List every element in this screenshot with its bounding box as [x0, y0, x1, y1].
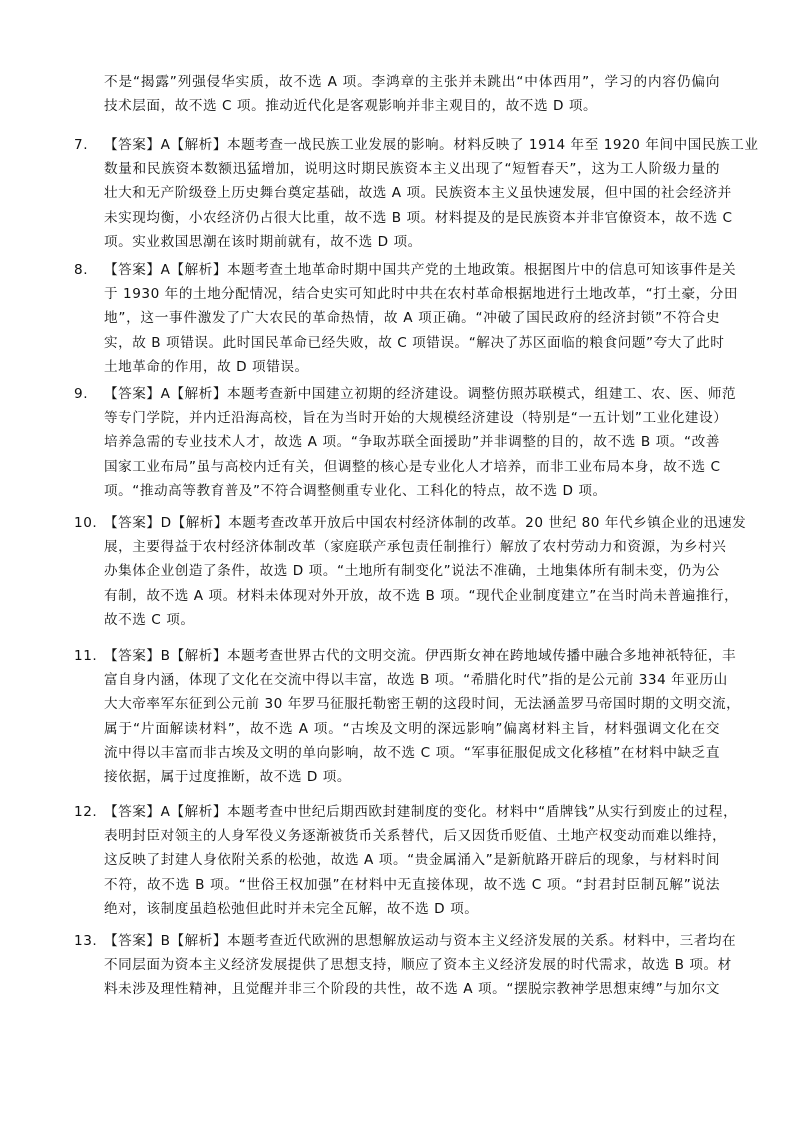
text-line: 不符，故不选 B 项。“世俗王权加强”在材料中无直接体现，故不选 C 项。“封君… — [104, 873, 720, 897]
text-line: 表明封臣对领主的人身军役义务逐渐被货币关系替代，后又因货币贬值、土地产权变动而难… — [104, 824, 720, 848]
text-line: 数量和民族资本数额迅猛增加，说明这时期民族资本主义出现了“短暂春天”，这为工人阶… — [104, 157, 720, 181]
intro-paragraph: 不是“揭露”列强侵华实质，故不选 A 项。李鸿章的主张并未跳出“中体西用”，学习… — [104, 70, 720, 118]
text-line: 土地革命的作用，故 D 项错误。 — [104, 355, 720, 379]
text-line: 绝对，该制度虽趋松弛但此时并未完全瓦解，故不选 D 项。 — [104, 897, 720, 921]
text-line: 【答案】A【解析】本题考查中世纪后期西欧封建制度的变化。材料中“盾牌钱”从实行到… — [104, 800, 720, 824]
text-line: 【答案】D【解析】本题考查改革开放后中国农村经济体制的改革。20 世纪 80 年… — [104, 511, 720, 535]
text-line: 于 1930 年的土地分配情况，结合史实可知此时中共在农村革命根据地进行土地改革… — [104, 282, 720, 306]
text-line: 实，故 B 项错误。此时国民革命已经失败，故 C 项错误。“解决了苏区面临的粮食… — [104, 331, 720, 355]
text-line: 项。实业救国思潮在该时期前就有，故不选 D 项。 — [104, 230, 720, 254]
text-line: 办集体企业创造了条件，故选 D 项。“土地所有制变化”说法不准确，土地集体所有制… — [104, 559, 720, 583]
text-line: 富自身内涵，体现了文化在交流中得以丰富，故选 B 项。“希腊化时代”指的是公元前… — [104, 668, 720, 692]
text-line: 流中得以丰富而非古埃及文明的单向影响，故不选 C 项。“军事征服促成文化移植”在… — [104, 741, 720, 765]
answer-item-12: 12. 【答案】A【解析】本题考查中世纪后期西欧封建制度的变化。材料中“盾牌钱”… — [104, 800, 720, 921]
text-line: 壮大和无产阶级登上历史舞台奠定基础，故选 A 项。民族资本主义虽快速发展，但中国… — [104, 181, 720, 205]
text-line: 技术层面，故不选 C 项。推动近代化是客观影响并非主观目的，故不选 D 项。 — [104, 94, 720, 118]
text-line: 【答案】A【解析】本题考查一战民族工业发展的影响。材料反映了 1914 年至 1… — [104, 133, 720, 157]
text-line: 【答案】A【解析】本题考查土地革命时期中国共产党的土地政策。根据图片中的信息可知… — [104, 258, 720, 282]
item-number: 10. — [74, 511, 97, 535]
answer-item-10: 10. 【答案】D【解析】本题考查改革开放后中国农村经济体制的改革。20 世纪 … — [104, 511, 720, 632]
text-line: 国家工业布局”虽与高校内迁有关，但调整的核心是专业化人才培养，而非工业布局本身，… — [104, 455, 720, 479]
text-line: 这反映了封建人身依附关系的松弛，故选 A 项。“贵金属涌入”是新航路开辟后的现象… — [104, 848, 720, 872]
text-line: 未实现均衡，小农经济仍占很大比重，故不选 B 项。材料提及的是民族资本并非官僚资… — [104, 206, 720, 230]
text-line: 【答案】B【解析】本题考查近代欧洲的思想解放运动与资本主义经济发展的关系。材料中… — [104, 929, 720, 953]
answer-item-11: 11. 【答案】B【解析】本题考查世界古代的文明交流。伊西斯女神在跨地域传播中融… — [104, 644, 720, 789]
item-number: 13. — [74, 929, 97, 953]
answer-item-9: 9. 【答案】A【解析】本题考查新中国建立初期的经济建设。调整仿照苏联模式，组建… — [104, 382, 720, 503]
item-number: 11. — [74, 644, 97, 668]
item-number: 8. — [74, 258, 88, 282]
text-line: 项。“推动高等教育普及”不符合调整侧重专业化、工科化的特点，故不选 D 项。 — [104, 479, 720, 503]
text-line: 故不选 C 项。 — [104, 608, 720, 632]
item-number: 9. — [74, 382, 88, 406]
text-line: 【答案】A【解析】本题考查新中国建立初期的经济建设。调整仿照苏联模式，组建工、农… — [104, 382, 720, 406]
text-line: 等专门学院，并内迁沿海高校，旨在为当时开始的大规模经济建设（特别是“一五计划”工… — [104, 406, 720, 430]
item-number: 12. — [74, 800, 97, 824]
text-line: 料未涉及理性精神，且觉醒并非三个阶段的共性，故不选 A 项。“摆脱宗教神学思想束… — [104, 977, 720, 1001]
text-line: 属于“片面解读材料”，故不选 A 项。“古埃及文明的深远影响”偏离材料主旨，材料… — [104, 717, 720, 741]
text-line: 大大帝率军东征到公元前 30 年罗马征服托勒密王朝的这段时间，无法涵盖罗马帝国时… — [104, 692, 720, 716]
item-number: 7. — [74, 133, 88, 157]
answer-item-7: 7. 【答案】A【解析】本题考查一战民族工业发展的影响。材料反映了 1914 年… — [104, 133, 720, 254]
document-page: 不是“揭露”列强侵华实质，故不选 A 项。李鸿章的主张并未跳出“中体西用”，学习… — [0, 0, 794, 1123]
text-line: 地”，这一事件激发了广大农民的革命热情，故 A 项正确。“冲破了国民政府的经济封… — [104, 306, 720, 330]
text-line: 不是“揭露”列强侵华实质，故不选 A 项。李鸿章的主张并未跳出“中体西用”，学习… — [104, 70, 720, 94]
answer-item-8: 8. 【答案】A【解析】本题考查土地革命时期中国共产党的土地政策。根据图片中的信… — [104, 258, 720, 379]
text-line: 培养急需的专业技术人才，故选 A 项。“争取苏联全面援助”并非调整的目的，故不选… — [104, 430, 720, 454]
text-line: 【答案】B【解析】本题考查世界古代的文明交流。伊西斯女神在跨地域传播中融合多地神… — [104, 644, 720, 668]
answer-item-13: 13. 【答案】B【解析】本题考查近代欧洲的思想解放运动与资本主义经济发展的关系… — [104, 929, 720, 1002]
text-line: 展，主要得益于农村经济体制改革（家庭联产承包责任制推行）解放了农村劳动力和资源，… — [104, 535, 720, 559]
text-line: 接依据，属于过度推断，故不选 D 项。 — [104, 765, 720, 789]
text-line: 有制，故不选 A 项。材料未体现对外开放，故不选 B 项。“现代企业制度建立”在… — [104, 584, 720, 608]
text-line: 不同层面为资本主义经济发展提供了思想支持，顺应了资本主义经济发展的时代需求，故选… — [104, 953, 720, 977]
